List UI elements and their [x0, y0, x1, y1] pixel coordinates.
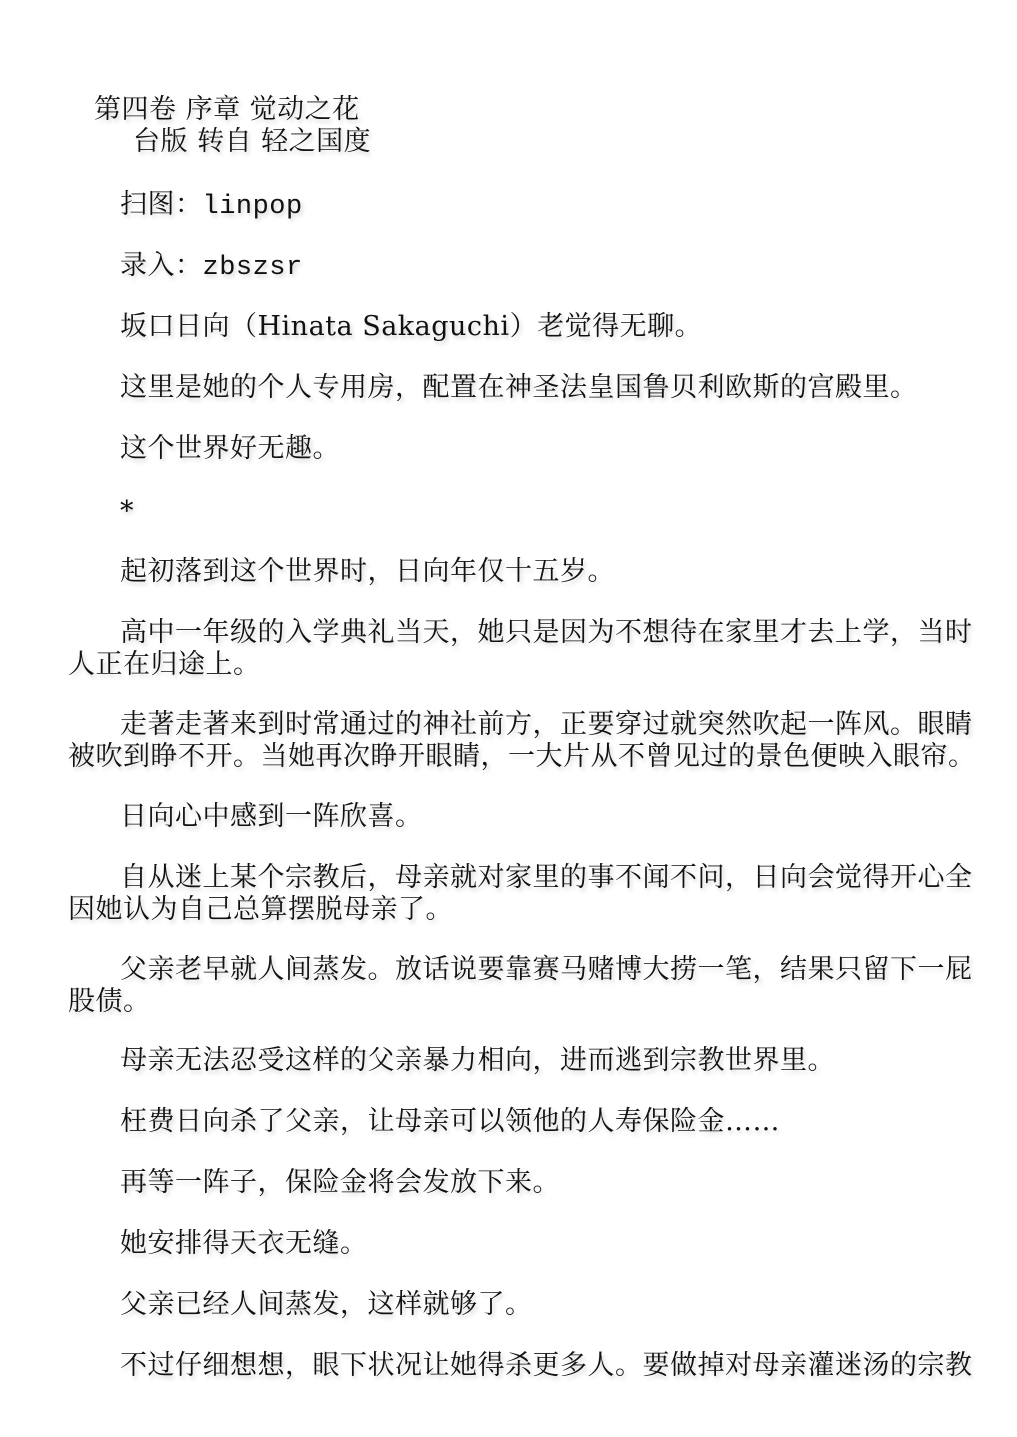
- scene-break-asterisk: *: [120, 497, 134, 527]
- paragraph-line: 父亲已经人间蒸发，这样就够了。: [120, 1290, 533, 1320]
- paragraph-line: 这个世界好无趣。: [120, 434, 340, 464]
- paragraph-line: 父亲老早就人间蒸发。放话说要靠赛马赌博大捞一笔，结果只留下一屁: [120, 955, 973, 985]
- paragraph-line: 高中一年级的入学典礼当天，她只是因为不想待在家里才去上学，当时: [120, 618, 973, 648]
- chapter-title: 第四卷 序章 觉动之花: [94, 95, 360, 125]
- paragraph-line: 枉费日向杀了父亲，让母亲可以领他的人寿保险金……: [120, 1107, 780, 1137]
- paragraph-line-continued: 人正在归途上。: [68, 650, 261, 680]
- entry-credit-value: zbszsr: [203, 253, 303, 283]
- chapter-subtitle: 台版 转自 轻之国度: [133, 127, 371, 157]
- paragraph-line: 走著走著来到时常通过的神社前方，正要穿过就突然吹起一阵风。眼睛: [120, 710, 973, 740]
- scan-credit: 扫图：linpop: [120, 190, 303, 222]
- paragraph-line: 不过仔细想想，眼下状况让她得杀更多人。要做掉对母亲灌迷汤的宗教: [120, 1351, 973, 1381]
- paragraph-line-continued: 因她认为自己总算摆脱母亲了。: [68, 895, 453, 925]
- entry-credit-label: 录入：: [120, 250, 203, 281]
- paragraph-line-continued: 股债。: [68, 987, 151, 1017]
- paragraph-line: 坂口日向（Hinata Sakaguchi）老觉得无聊。: [120, 312, 702, 342]
- document-page: 第四卷 序章 觉动之花 台版 转自 轻之国度 扫图：linpop 录入：zbsz…: [0, 0, 1017, 1437]
- paragraph-line: 母亲无法忍受这样的父亲暴力相向，进而逃到宗教世界里。: [120, 1046, 835, 1076]
- paragraph-line: 日向心中感到一阵欣喜。: [120, 802, 423, 832]
- paragraph-line: 再等一阵子，保险金将会发放下来。: [120, 1168, 560, 1198]
- paragraph-line: 自从迷上某个宗教后，母亲就对家里的事不闻不问，日向会觉得开心全: [120, 863, 973, 893]
- paragraph-line: 起初落到这个世界时，日向年仅十五岁。: [120, 557, 615, 587]
- paragraph-line: 她安排得天衣无缝。: [120, 1229, 368, 1259]
- entry-credit: 录入：zbszsr: [120, 251, 303, 283]
- scan-credit-value: linpop: [203, 192, 303, 222]
- scan-credit-label: 扫图：: [120, 189, 203, 220]
- paragraph-line-continued: 被吹到睁不开。当她再次睁开眼睛，一大片从不曾见过的景色便映入眼帘。: [68, 742, 976, 772]
- paragraph-line: 这里是她的个人专用房，配置在神圣法皇国鲁贝利欧斯的宫殿里。: [120, 373, 918, 403]
